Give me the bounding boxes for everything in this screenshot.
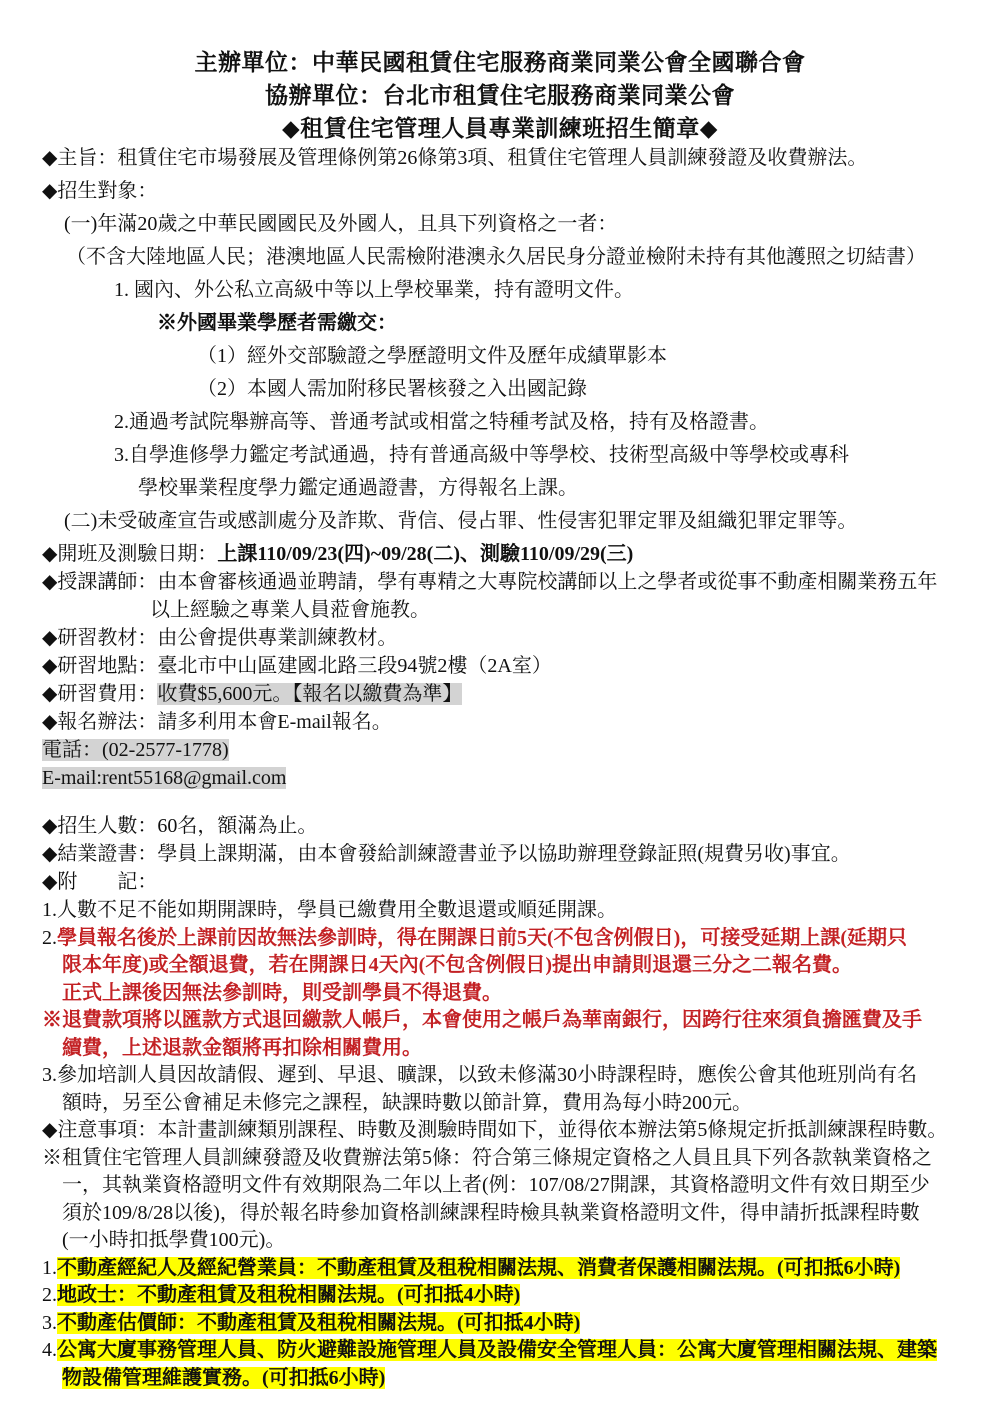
schedule-value: 上課110/09/23(四)~09/28(二)、測驗110/09/29(三) [217,543,633,565]
recruit-item1-note: （不含大陸地區人民；港澳地區人民需檢附港澳永久居民身分證並檢附未持有其他護照之切… [66,244,958,271]
rule5-line4: (一小時扣抵學費100元)。 [62,1227,958,1255]
deduction-2-text: 地政士：不動產租賃及租稅相關法規。(可扣抵4小時) [57,1284,520,1306]
course-info-section: ◆開班及測驗日期：上課110/09/23(四)~09/28(二)、測驗110/0… [42,541,958,896]
organizer-line: 主辦單位：中華民國租賃住宅服務商業同業公會全國聯合會 [42,46,958,79]
fee-label: ◆研習費用： [42,683,157,705]
recruit-section: ◆主旨：租賃住宅市場發展及管理條例第26條第3項、租賃住宅管理人員訓練發證及收費… [42,145,958,535]
foreign-graduates-heading: ※外國畢業學歷者需繳交： [157,310,958,337]
refund-note-line1: ※退費款項將以匯款方式退回繳款人帳戶，本會使用之帳戶為華南銀行，因跨行往來須負擔… [42,1007,958,1035]
document-title: ◆租賃住宅管理人員專業訓練班招生簡章◆ [42,112,958,145]
fee-line: ◆研習費用：收費$5,600元。【報名以繳費為準】 [42,681,958,708]
note-2-text1: 學員報名後於上課前因故無法參訓時，得在開課日前5天(不包含例假日)，可接受延期上… [57,927,907,949]
email-line: E-mail:rent55168@gmail.com [42,765,958,792]
enrollment-notice-document: 主辦單位：中華民國租賃住宅服務商業同業公會全國聯合會 協辦單位：台北市租賃住宅服… [0,0,1000,1414]
deduction-2-number: 2. [42,1284,57,1306]
deduction-item-4-line1: 4.公寓大廈事務管理人員、防火避難設施管理人員及設備安全管理人員：公寓大廈管理相… [42,1337,958,1365]
deduction-item-3: 3.不動產估價師：不動產租賃及租稅相關法規。(可扣抵4小時) [42,1310,958,1338]
email-address: E-mail:rent55168@gmail.com [42,767,286,789]
document-header: 主辦單位：中華民國租賃住宅服務商業同業公會全國聯合會 協辦單位：台北市租賃住宅服… [42,46,958,145]
register-line: ◆報名辦法：請多利用本會E-mail報名。 [42,709,958,736]
phone-number: 電話：(02-2577-1778) [42,739,229,761]
deduction-1-text: 不動產經紀人及經紀營業員：不動產租賃及租稅相關法規、消費者保護相關法規。(可扣抵… [57,1257,900,1279]
schedule-line: ◆開班及測驗日期：上課110/09/23(四)~09/28(二)、測驗110/0… [42,541,958,568]
note-3-line2: 額時，另至公會補足未修完之課程，缺課時數以節計算，費用為每小時200元。 [62,1090,958,1118]
note-2-line2: 限本年度)或全額退費，若在開課日4天內(不包含例假日)提出申請則退還三分之二報名… [62,952,958,980]
note-2-line1: 2.學員報名後於上課前因故無法參訓時，得在開課日前5天(不包含例假日)，可接受延… [42,925,958,953]
certificate-line: ◆結業證書：學員上課期滿，由本會發給訓練證書並予以協助辦理登錄証照(規費另收)事… [42,841,958,868]
qualification-3-line1: 3.自學進修學力鑑定考試通過，持有普通高級中等學校、技術型高級中等學校或專科 [114,442,958,469]
qualification-1: 1. 國內、外公私立高級中等以上學校畢業，持有證明文件。 [114,277,958,304]
rule5-line1: ※租賃住宅管理人員訓練發證及收費辦法第5條：符合第三條規定資格之人員且具下列各款… [42,1145,958,1173]
notes-heading: ◆附 記： [42,869,958,896]
foreign-requirement-2: （2）本國人需加附移民署核發之入出國記錄 [197,376,958,403]
purpose-line: ◆主旨：租賃住宅市場發展及管理條例第26條第3項、租賃住宅管理人員訓練發證及收費… [42,145,958,172]
note-2-line3: 正式上課後因無法參訓時，則受訓學員不得退費。 [62,980,958,1008]
deduction-3-text: 不動產估價師：不動產租賃及租稅相關法規。(可扣抵4小時) [57,1312,580,1334]
foreign-requirement-1: （1）經外交部驗證之學歷證明文件及歷年成績單影本 [197,343,958,370]
rule5-line3: 須於109/8/28以後)，得於報名時參加資格訓練課程時檢具執業資格證明文件，得… [62,1200,958,1228]
co-organizer-line: 協辦單位：台北市租賃住宅服務商業同業公會 [42,79,958,112]
deduction-4-text2: 物設備管理維護實務。(可扣抵6小時) [62,1367,385,1389]
note-1: 1.人數不足不能如期開課時，學員已繳費用全數退還或順延開課。 [42,897,958,925]
recruit-item2: (二)未受破產宣告或感訓處分及詐欺、背信、侵占罪、性侵害犯罪定罪及組織犯罪定罪等… [64,508,958,535]
instructor-line2: 以上經驗之專業人員蒞會施教。 [150,597,958,624]
qualification-3-line2: 學校畢業程度學力鑑定通過證書，方得報名上課。 [138,475,958,502]
notes-section: 1.人數不足不能如期開課時，學員已繳費用全數退還或順延開課。 2.學員報名後於上… [42,897,958,1392]
schedule-label: ◆開班及測驗日期： [42,543,217,565]
refund-note-line2: 續費，上述退款金額將再扣除相關費用。 [62,1035,958,1063]
recruit-heading: ◆招生對象： [42,178,958,205]
qualification-2: 2.通過考試院舉辦高等、普通考試或相當之特種考試及格，持有及格證書。 [114,409,958,436]
spacer [42,793,958,813]
deduction-item-1: 1.不動產經紀人及經紀營業員：不動產租賃及租稅相關法規、消費者保護相關法規。(可… [42,1255,958,1283]
materials-line: ◆研習教材：由公會提供專業訓練教材。 [42,625,958,652]
deduction-1-number: 1. [42,1257,57,1279]
deduction-4-text1: 公寓大廈事務管理人員、防火避難設施管理人員及設備安全管理人員：公寓大廈管理相關法… [57,1339,937,1361]
quota-line: ◆招生人數：60名，額滿為止。 [42,813,958,840]
deduction-3-number: 3. [42,1312,57,1334]
rule5-line2: 一，其執業資格證明文件有效期限為二年以上者(例：107/08/27開課，其資格證… [62,1172,958,1200]
location-line: ◆研習地點：臺北市中山區建國北路三段94號2樓（2A室） [42,653,958,680]
fee-value: 收費$5,600元。【報名以繳費為準】 [157,683,462,705]
attention-heading: ◆注意事項：本計畫訓練類別課程、時數及測驗時間如下，並得依本辦法第5條規定折抵訓… [42,1117,958,1145]
deduction-item-4-line2: 物設備管理維護實務。(可扣抵6小時) [62,1365,958,1393]
note-2-number: 2. [42,927,57,949]
recruit-item1: (一)年滿20歲之中華民國國民及外國人，且具下列資格之一者： [64,211,958,238]
deduction-4-number: 4. [42,1339,57,1361]
instructor-line1: ◆授課講師：由本會審核通過並聘請，學有專精之大專院校講師以上之學者或從事不動產相… [42,569,958,596]
deduction-item-2: 2.地政士：不動產租賃及租稅相關法規。(可扣抵4小時) [42,1282,958,1310]
phone-line: 電話：(02-2577-1778) [42,737,958,764]
note-3-line1: 3.參加培訓人員因故請假、遲到、早退、曠課，以致未修滿30小時課程時，應俟公會其… [42,1062,958,1090]
